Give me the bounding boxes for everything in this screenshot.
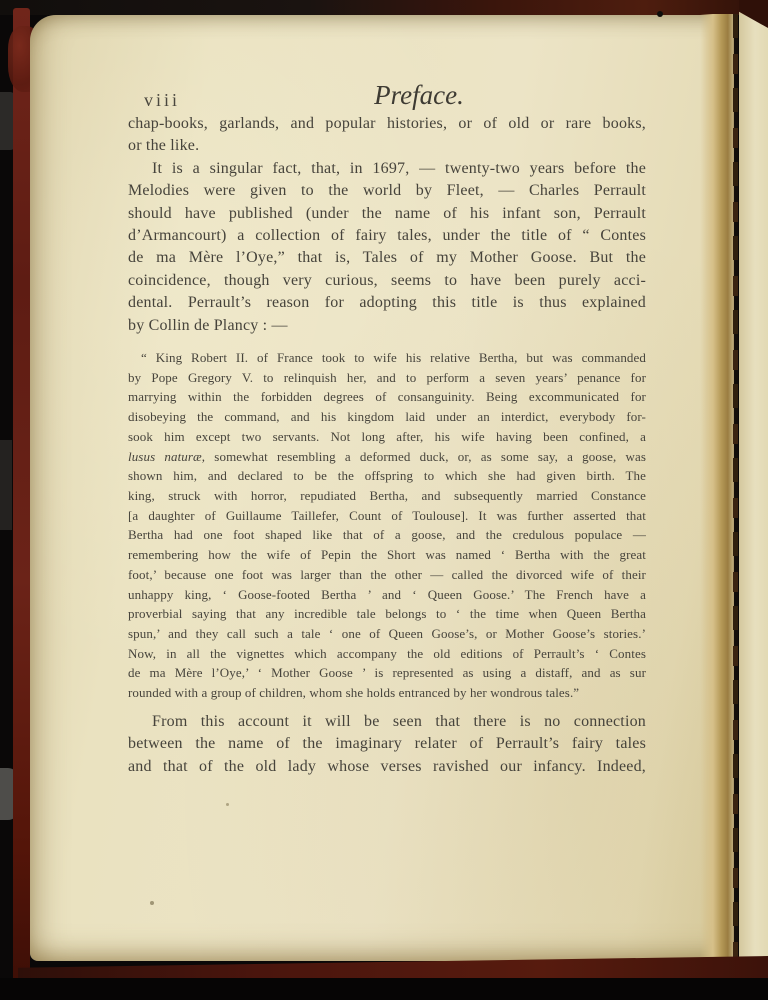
page-content: viii Preface. chap-books, garlands, and … (128, 84, 646, 778)
text-line: [a daughter of Guillaume Taillefer, Coun… (128, 506, 646, 526)
text-line: Melodies were given to the world by Flee… (128, 180, 646, 202)
text-line: should have published (under the name of… (128, 203, 646, 225)
text-line: or the like. (128, 135, 646, 157)
book-page: viii Preface. chap-books, garlands, and … (30, 15, 725, 961)
text-line: by Pope Gregory V. to relinquish her, an… (128, 368, 646, 388)
text-line: de ma Mère l’Oye,” that is, Tales of my … (128, 247, 646, 269)
text-line: From this account it will be seen that t… (128, 711, 646, 733)
text-line: Now, in all the vignettes which accompan… (128, 644, 646, 664)
text-line: between the name of the imaginary relate… (128, 733, 646, 755)
book-cover-top-edge (0, 0, 768, 15)
text-line: shown him, and declared to be the offspr… (128, 466, 646, 486)
text-line: marrying within the forbidden degrees of… (128, 387, 646, 407)
next-page-edge (739, 10, 768, 960)
paragraph-closing: From this account it will be seen that t… (128, 711, 646, 778)
text-line: lusus naturæ, somewhat resembling a defo… (128, 447, 646, 467)
text-line: spun,’ and they call such a tale ‘ one o… (128, 624, 646, 644)
text-line: remembering how the wife of Pepin the Sh… (128, 545, 646, 565)
page-number: viii (144, 90, 180, 111)
text-line: Bertha had one foot shaped like that of … (128, 525, 646, 545)
text-line: dental. Perrault’s reason for adopting t… (128, 292, 646, 314)
blockquote-collin-de-plancy: “ King Robert II. of France took to wife… (128, 348, 646, 703)
text-line: king, struck with horror, repudiated Ber… (128, 486, 646, 506)
dust-speck (657, 11, 663, 17)
text-line: proverbial saying that any incredible ta… (128, 604, 646, 624)
text-line: foot,’ because one foot was larger than … (128, 565, 646, 585)
text-line: chap-books, garlands, and popular histor… (128, 113, 646, 135)
page-header: viii Preface. (128, 84, 646, 113)
text-line: de ma Mère l’Oye,’ ‘ Mother Goose ’ is r… (128, 663, 646, 683)
page-speck (226, 803, 229, 806)
book-spine-red-edge (13, 8, 30, 994)
text-line: disobeying the command, and his kingdom … (128, 407, 646, 427)
text-line: It is a singular fact, that, in 1697, — … (128, 158, 646, 180)
text-line: and that of the old lady whose verses ra… (128, 756, 646, 778)
background (0, 978, 768, 1000)
text-line: d’Armancourt) a collection of fairy tale… (128, 225, 646, 247)
paragraph-main: It is a singular fact, that, in 1697, — … (128, 158, 646, 337)
page-fore-edge (700, 14, 734, 958)
text-line: sook him except two servants. Not long a… (128, 427, 646, 447)
paragraph-continuation: chap-books, garlands, and popular histor… (128, 113, 646, 158)
text-line: “ King Robert II. of France took to wife… (128, 348, 646, 368)
book-photo-scene: viii Preface. chap-books, garlands, and … (0, 0, 768, 1000)
text-line: rounded with a group of children, whom s… (128, 683, 646, 703)
background-clamp (0, 440, 12, 530)
page-edge-seam (733, 14, 738, 958)
text-line: coincidence, though very curious, seems … (128, 270, 646, 292)
text-line: by Collin de Plancy : — (128, 315, 646, 337)
page-speck (150, 901, 154, 905)
running-title: Preface. (374, 80, 464, 111)
text-line: unhappy king, ‘ Goose-footed Bertha ’ an… (128, 585, 646, 605)
